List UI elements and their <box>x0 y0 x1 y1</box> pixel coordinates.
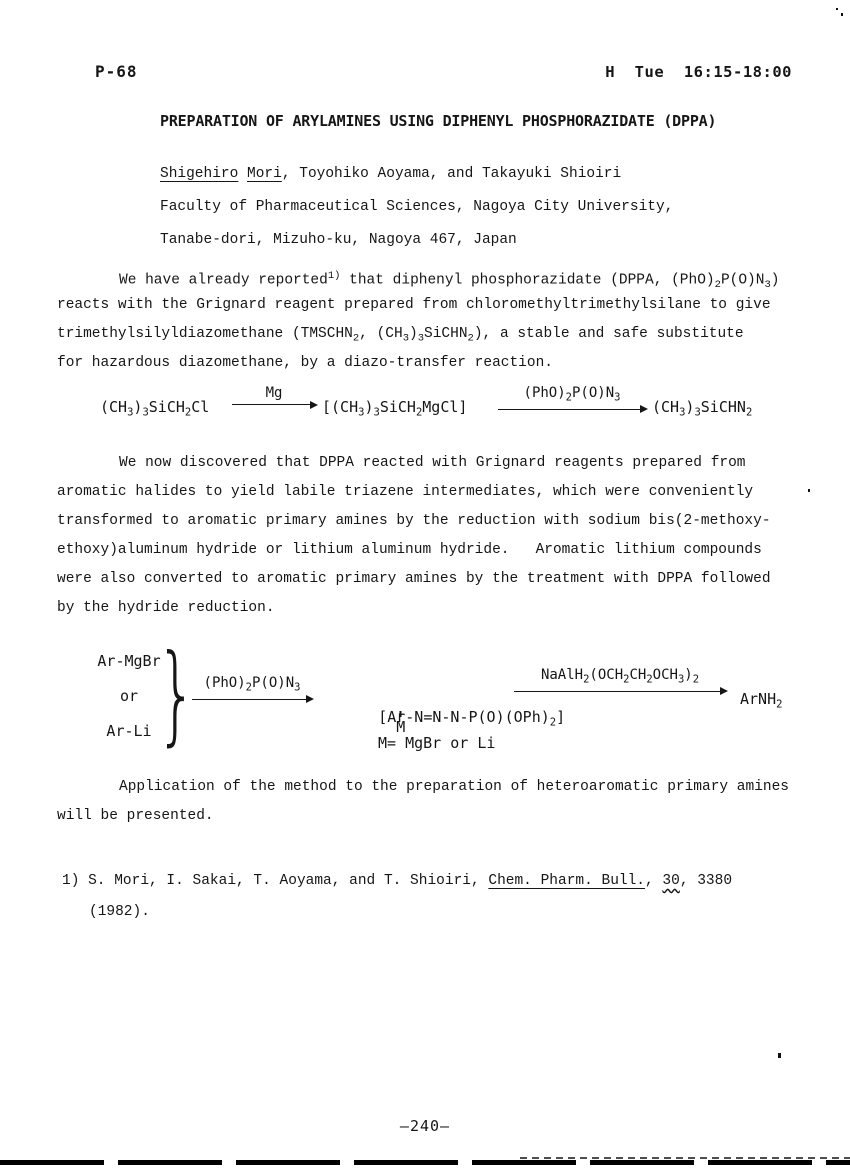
p3-line1: Application of the method to the prepara… <box>57 773 789 802</box>
page-title: PREPARATION OF ARYLAMINES USING DIPHENYL… <box>160 112 716 130</box>
p2-line5: were also converted to aromatic primary … <box>57 565 771 594</box>
scanned-abstract-page: P-68 H Tue 16:15-18:00 PREPARATION OF AR… <box>0 0 850 1168</box>
scheme2-arrow-2: NaAlH2(OCH2CH2OCH3)2 <box>514 666 726 692</box>
scan-speck <box>808 489 810 492</box>
session-time: H Tue 16:15-18:00 <box>605 63 792 81</box>
scheme1-arrow-2: (PhO)2P(O)N3 <box>498 384 646 410</box>
scheme1-arrow1-reagent: Mg <box>263 384 286 402</box>
arrow-line <box>192 699 312 700</box>
reaction-scheme-1: (CH3)3SiCH2Cl Mg [(CH3)3SiCH2MgCl] (PhO)… <box>100 384 790 436</box>
poster-number: P-68 <box>95 62 138 81</box>
reaction-scheme-2: Ar-MgBr or Ar-Li } (PhO)2P(O)N3 [Ar-N=N-… <box>90 638 820 788</box>
scheme1-product: (CH3)3SiCHN2 <box>652 398 752 419</box>
p1-line3: trimethylsilyldiazomethane (TMSCHN2, (CH… <box>57 320 779 349</box>
p2-line3: transformed to aromatic primary amines b… <box>57 507 771 536</box>
arrow-line <box>514 691 726 692</box>
scheme2-product: ArNH2 <box>740 690 782 711</box>
reference-1: 1) S. Mori, I. Sakai, T. Aoyama, and T. … <box>62 866 732 928</box>
scheme1-arrow2-reagent: (PhO)2P(O)N3 <box>521 384 624 407</box>
bond-line <box>400 711 402 717</box>
scheme1-intermediate: [(CH3)3SiCH2MgCl] <box>322 398 467 419</box>
scheme2-arrow-1: (PhO)2P(O)N3 <box>192 674 312 700</box>
p1-line1: We have already reported1) that diphenyl… <box>57 262 779 291</box>
scan-artifact-bar <box>0 1160 850 1165</box>
ref-line1: 1) S. Mori, I. Sakai, T. Aoyama, and T. … <box>62 866 732 897</box>
p2-line1: We now discovered that DPPA reacted with… <box>57 449 771 478</box>
p2-line4: ethoxy)aluminum hydride or lithium alumi… <box>57 536 771 565</box>
paragraph-1: We have already reported1) that diphenyl… <box>57 262 779 378</box>
author-names: Shigehiro Mori, Toyohiko Aoyama, and Tak… <box>160 158 673 191</box>
scheme2-metal-substituent: M <box>396 711 405 736</box>
paragraph-3: Application of the method to the prepara… <box>57 773 789 831</box>
affiliation-line1: Faculty of Pharmaceutical Sciences, Nago… <box>160 191 673 224</box>
author-block: Shigehiro Mori, Toyohiko Aoyama, and Tak… <box>160 158 673 257</box>
ref-line2: (1982). <box>62 897 732 928</box>
affiliation-line2: Tanabe-dori, Mizuho-ku, Nagoya 467, Japa… <box>160 224 673 257</box>
p2-line6: by the hydride reduction. <box>57 594 771 623</box>
scheme1-arrow-1: Mg <box>232 384 316 405</box>
paragraph-2: We now discovered that DPPA reacted with… <box>57 449 771 623</box>
p1-line2: reacts with the Grignard reagent prepare… <box>57 291 779 320</box>
scheme2-intermediate-formula: [Ar-N=N-N-P(O)(OPh)2] <box>378 708 565 726</box>
scheme1-reactant: (CH3)3SiCH2Cl <box>100 398 209 419</box>
arrow-line <box>232 404 316 405</box>
scan-speck <box>836 8 838 10</box>
p2-line2: aromatic halides to yield labile triazen… <box>57 478 771 507</box>
scheme2-arrow2-reagent: NaAlH2(OCH2CH2OCH3)2 <box>538 666 702 689</box>
p3-line2: will be presented. <box>57 802 789 831</box>
page-number: —240— <box>0 1117 850 1135</box>
arrow-line <box>498 409 646 410</box>
scan-speck <box>778 1053 781 1058</box>
scheme2-metal-note: M= MgBr or Li <box>378 734 495 752</box>
scan-speck <box>841 13 843 16</box>
scheme2-arrow1-reagent: (PhO)2P(O)N3 <box>201 674 304 697</box>
scheme2-intermediate: [Ar-N=N-N-P(O)(OPh)2] M <box>324 690 565 765</box>
scan-artifact-dotted-line <box>520 1157 850 1159</box>
p1-line4: for hazardous diazomethane, by a diazo-t… <box>57 349 779 378</box>
